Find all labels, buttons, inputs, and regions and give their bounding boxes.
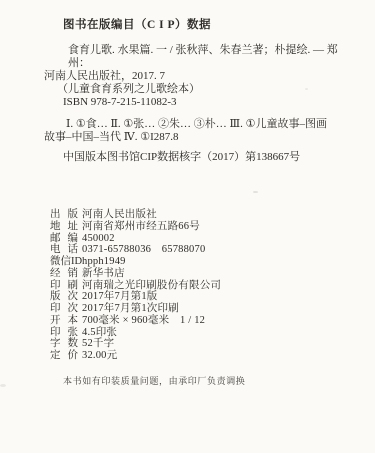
- colophon-value: 52千字: [82, 338, 114, 349]
- colophon-value: 河南人民出版社: [82, 209, 157, 220]
- colophon-value: 4.5印张: [82, 327, 117, 338]
- colophon-label: 电话: [50, 244, 78, 256]
- cip-isbn: ISBN 978-7-215-11082-3: [44, 96, 344, 109]
- colophon-row: 地址河南省郑州市经五路66号: [50, 221, 221, 233]
- colophon-label: 开本: [50, 315, 78, 327]
- colophon-row: 字数52千字: [50, 338, 221, 350]
- cip-entry-line1: 食育儿歌. 水果篇. 一 / 张秋萍、朱春兰著；朴提绘. — 郑州：: [44, 44, 344, 70]
- book-copyright-page: 图书在版编目（C I P）数据 食育儿歌. 水果篇. 一 / 张秋萍、朱春兰著；…: [0, 0, 375, 453]
- cip-record-number: 中国版本图书馆CIP数据核字（2017）第138667号: [44, 151, 344, 164]
- colophon-row: 版次2017年7月第1版: [50, 291, 221, 303]
- cip-series-note: （儿童食育系列之儿歌绘本）: [44, 83, 344, 96]
- scan-artifact: [253, 191, 258, 193]
- colophon-value: 450002: [82, 233, 115, 244]
- colophon-block: 出版河南人民出版社 地址河南省郑州市经五路66号 邮编450002 电话0371…: [50, 209, 221, 362]
- colophon-label: 版次: [50, 291, 78, 303]
- colophon-value: 2017年7月第1次印刷: [82, 303, 179, 314]
- cip-entry-line2: 河南人民出版社，2017. 7: [44, 70, 344, 83]
- cip-class-line1: Ⅰ. ①食… Ⅱ. ①张… ②朱… ③朴… Ⅲ. ①儿童故事–图画: [44, 118, 344, 131]
- colophon-row: 邮编450002: [50, 233, 221, 245]
- colophon-row: 开本700毫米 × 960毫米 1 / 12: [50, 315, 221, 327]
- colophon-value: 河南瑞之光印刷股份有限公司: [82, 280, 221, 291]
- cip-record-paragraph: 中国版本图书馆CIP数据核字（2017）第138667号: [44, 151, 344, 164]
- scan-artifact: [0, 384, 6, 387]
- colophon-label: 印张: [50, 327, 78, 339]
- cip-block: 图书在版编目（C I P）数据 食育儿歌. 水果篇. 一 / 张秋萍、朱春兰著；…: [44, 19, 344, 164]
- colophon-row: 印张4.5印张: [50, 327, 221, 339]
- colophon-label: 邮编: [50, 233, 78, 245]
- colophon-label: 定价: [50, 350, 78, 362]
- colophon-value: 700毫米 × 960毫米 1 / 12: [82, 315, 205, 326]
- cip-class-line2: 故事–中国–当代 Ⅳ. ①I287.8: [44, 131, 344, 144]
- colophon-value: 0371-65788036 65788070: [82, 244, 205, 255]
- colophon-row: 印次2017年7月第1次印刷: [50, 303, 221, 315]
- colophon-value: 河南省郑州市经五路66号: [82, 221, 200, 232]
- quality-note: 本书如有印装质量问题，由承印厂负责调换: [63, 374, 245, 387]
- colophon-value: 32.00元: [82, 350, 117, 361]
- colophon-row: 定价32.00元: [50, 350, 221, 362]
- scan-artifact: [305, 88, 308, 90]
- colophon-value: 新华书店: [82, 268, 125, 279]
- cip-classification-paragraph: Ⅰ. ①食… Ⅱ. ①张… ②朱… ③朴… Ⅲ. ①儿童故事–图画 故事–中国–…: [44, 118, 344, 144]
- colophon-value: hpph1949: [82, 256, 126, 267]
- colophon-label: 出版: [50, 209, 78, 221]
- colophon-row: 微信IDhpph1949: [50, 256, 221, 268]
- colophon-row: 印刷河南瑞之光印刷股份有限公司: [50, 280, 221, 292]
- colophon-label: 印次: [50, 303, 78, 315]
- colophon-label: 印刷: [50, 280, 78, 292]
- colophon-row: 电话0371-65788036 65788070: [50, 244, 221, 256]
- cip-title: 图书在版编目（C I P）数据: [44, 19, 344, 32]
- colophon-row: 经销新华书店: [50, 268, 221, 280]
- colophon-label: 经销: [50, 268, 78, 280]
- colophon-label: 字数: [50, 338, 78, 350]
- colophon-row: 出版河南人民出版社: [50, 209, 221, 221]
- cip-entry-paragraph: 食育儿歌. 水果篇. 一 / 张秋萍、朱春兰著；朴提绘. — 郑州： 河南人民出…: [44, 44, 344, 109]
- colophon-value: 2017年7月第1版: [82, 291, 158, 302]
- colophon-label: 地址: [50, 221, 78, 233]
- colophon-label: 微信ID: [50, 256, 78, 268]
